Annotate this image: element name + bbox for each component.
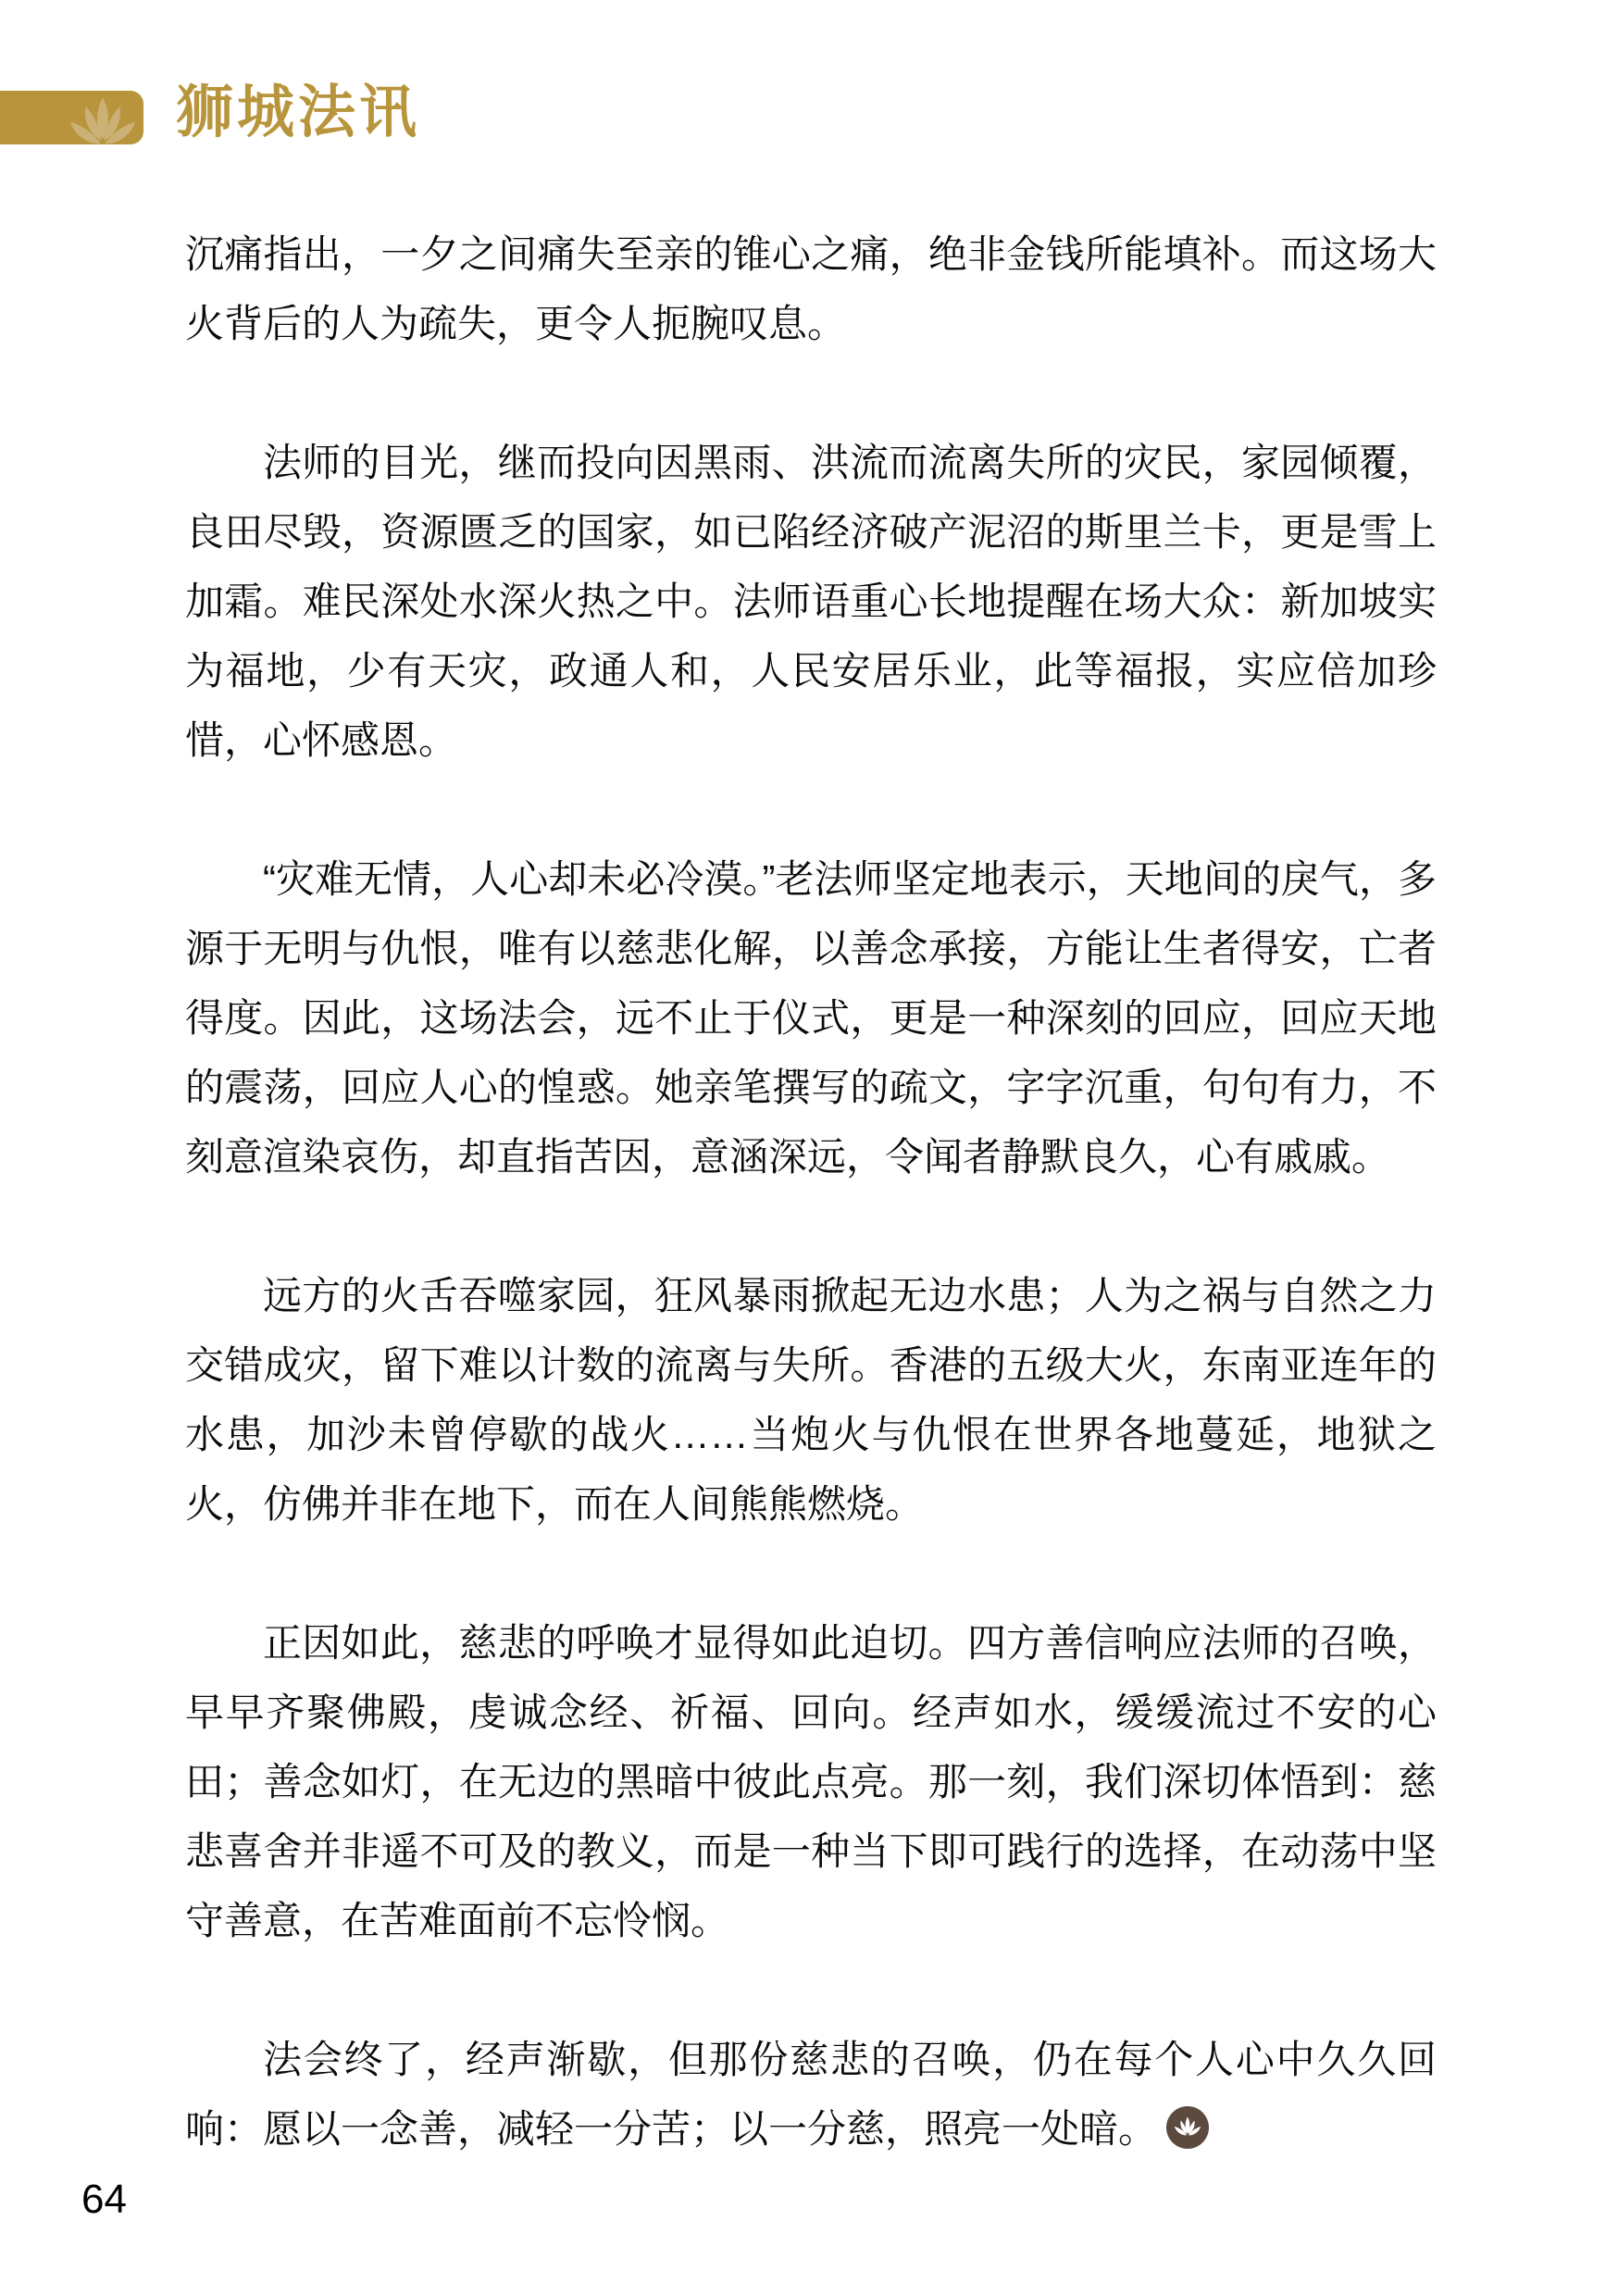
article-body: 沉痛指出，一夕之间痛失至亲的锥心之痛，绝非金钱所能填补。而这场大火背后的人为疏失… — [185, 219, 1437, 2164]
lotus-end-mark-icon — [1166, 2106, 1209, 2149]
paragraph: “灾难无情，人心却未必冷漠。”老法师坚定地表示，天地间的戾气，多源于无明与仇恨，… — [185, 844, 1437, 1192]
paragraph-text: 法会终了，经声渐歇，但那份慈悲的召唤，仍在每个人心中久久回响：愿以一念善，减轻一… — [185, 2038, 1437, 2151]
lotus-icon — [66, 93, 140, 144]
paragraph: 法会终了，经声渐歇，但那份慈悲的召唤，仍在每个人心中久久回响：愿以一念善，减轻一… — [185, 2025, 1437, 2164]
paragraph: 法师的目光，继而投向因黑雨、洪流而流离失所的灾民，家园倾覆，良田尽毁，资源匮乏的… — [185, 428, 1437, 775]
magazine-page: 狮城法讯 沉痛指出，一夕之间痛失至亲的锥心之痛，绝非金钱所能填补。而这场大火背后… — [0, 0, 1618, 2296]
page-number: 64 — [81, 2177, 127, 2222]
masthead-title: 狮城法讯 — [176, 80, 420, 146]
paragraph: 沉痛指出，一夕之间痛失至亲的锥心之痛，绝非金钱所能填补。而这场大火背后的人为疏失… — [185, 219, 1437, 358]
paragraph: 正因如此，慈悲的呼唤才显得如此迫切。四方善信响应法师的召唤，早早齐聚佛殿，虔诚念… — [185, 1608, 1437, 1955]
paragraph: 远方的火舌吞噬家园，狂风暴雨掀起无边水患；人为之祸与自然之力交错成灾，留下难以计… — [185, 1261, 1437, 1539]
masthead-gold-bar — [0, 91, 143, 144]
